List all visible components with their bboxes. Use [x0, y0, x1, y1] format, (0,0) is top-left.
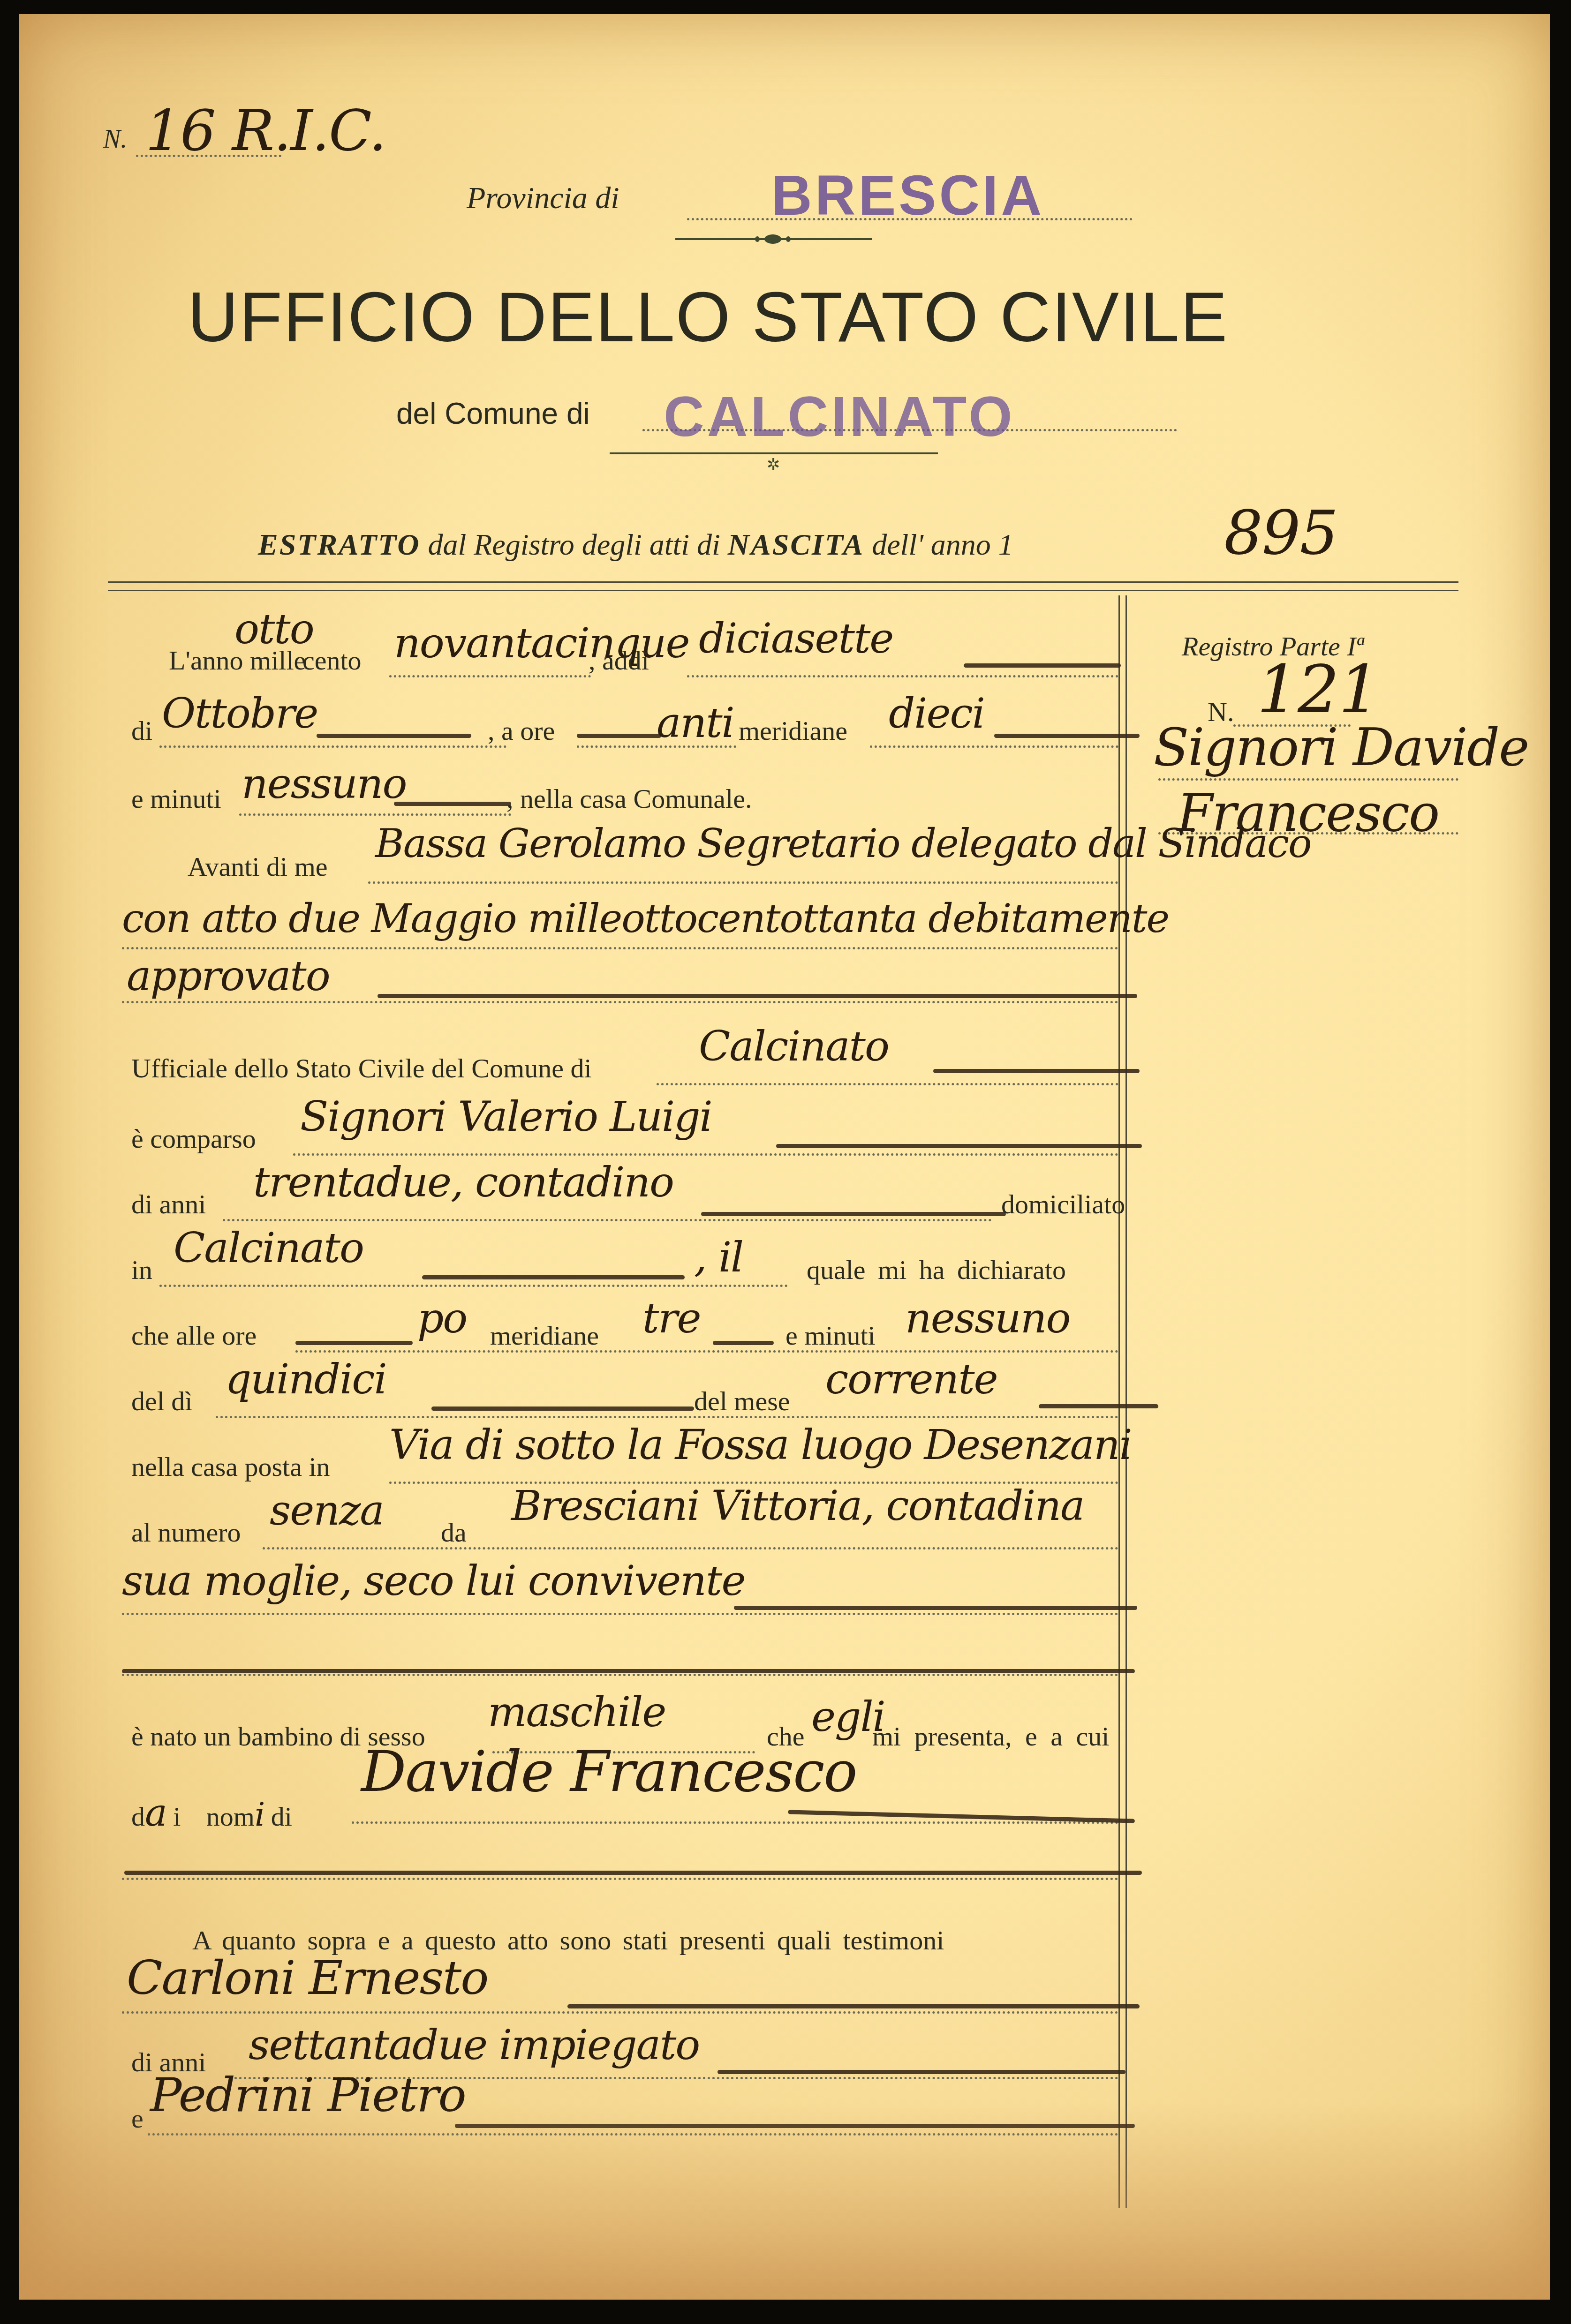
ink-fill-stroke	[1039, 1404, 1158, 1408]
province-stamp: BRESCIA	[771, 163, 1044, 228]
hw-dieci: dieci	[889, 689, 984, 737]
text-addi: , addì	[589, 645, 649, 676]
anno-label: dell' anno	[872, 528, 991, 561]
province-label: Provincia di	[467, 181, 619, 216]
comune-label: del Comune di	[396, 396, 590, 431]
dotted-line	[239, 813, 511, 816]
text-i: i	[173, 1801, 181, 1832]
hw-officer-name: Bassa Gerolamo Segretario delegato dal S…	[375, 820, 1311, 866]
text-di-2: di	[271, 1801, 292, 1832]
dotted-line	[687, 675, 1118, 677]
dotted-line	[122, 1674, 1118, 1676]
text-del-di: del dì	[131, 1385, 192, 1417]
hw-a: a	[145, 1791, 166, 1835]
text-domiciliato: domiciliato	[1001, 1188, 1125, 1220]
text-mi-presenta: mi presenta, e a cui	[872, 1721, 1109, 1752]
ink-fill-stroke	[422, 1275, 685, 1279]
text-nella-casa-comunale: , nella casa Comunale.	[506, 783, 752, 814]
text-di-anni: di anni	[131, 1188, 206, 1220]
record-number-label: N.	[103, 124, 127, 154]
hw-calcinato-domicile: Calcinato	[174, 1224, 363, 1272]
dotted-line	[368, 881, 1118, 884]
dotted-line	[159, 1285, 788, 1287]
hw-quindici: quindici	[225, 1355, 386, 1403]
ink-fill-stroke	[455, 2124, 1135, 2128]
dotted-line	[263, 1547, 1118, 1549]
text-dai-nomi-di: da i nomi di	[131, 1791, 292, 1835]
hw-calcinato-comune: Calcinato	[699, 1022, 889, 1070]
ornament-divider-2: ✲	[610, 452, 938, 471]
dotted-line	[216, 1416, 1118, 1418]
extract-title-line: ESTRATTO dal Registro degli atti di NASC…	[258, 527, 1013, 562]
year-printed-prefix: 1	[998, 528, 1013, 561]
hw-declarant-name: Signori Valerio Luigi	[300, 1092, 712, 1141]
dotted-line	[657, 1083, 1118, 1085]
text-e-minuti-2: e minuti	[785, 1320, 876, 1351]
dotted-line	[122, 947, 1118, 949]
sidebar-name-line-1: Signori Davide	[1154, 717, 1528, 777]
ink-fill-stroke	[431, 1406, 694, 1411]
dotted-line	[293, 1153, 1118, 1156]
hw-witness1-age-occupation: settantadue impiegato	[249, 2021, 699, 2069]
text-quale-mi-ha-dichiarato: quale mi ha dichiarato	[807, 1254, 1066, 1286]
dotted-line	[352, 1821, 1118, 1824]
hw-senza: senza	[270, 1486, 384, 1534]
dotted-line	[148, 2133, 1118, 2136]
text-d: d	[131, 1801, 145, 1832]
ink-fill-stroke	[718, 2070, 1125, 2074]
birth-certificate-extract: N. 16 R.I.C. Provincia di BRESCIA UFFICI…	[19, 14, 1550, 2300]
dotted-line	[870, 745, 1118, 748]
ink-fill-stroke	[394, 802, 511, 806]
hw-maschile: maschile	[488, 1688, 665, 1736]
ink-fill-stroke	[964, 663, 1121, 668]
text-e-minuti: e minuti	[131, 783, 221, 814]
header-rule-top	[108, 581, 1458, 583]
hw-witness1-name: Carloni Ernesto	[127, 1950, 488, 2005]
office-title: UFFICIO DELLO STATO CIVILE	[188, 277, 1228, 358]
hw-i: i	[255, 1795, 264, 1834]
ink-fill-stroke	[734, 1606, 1137, 1610]
hw-sua-moglie: sua moglie, seco lui convivente	[122, 1557, 745, 1605]
hw-nessuno-2: nessuno	[905, 1294, 1070, 1342]
hw-po: po	[417, 1294, 467, 1342]
dotted-line	[122, 2011, 1118, 2014]
dotted-line	[122, 1613, 1118, 1615]
hw-corrente: corrente	[825, 1355, 997, 1403]
dotted-line	[389, 675, 591, 677]
ink-fill-stroke	[567, 2004, 1140, 2008]
ornament-divider	[675, 234, 872, 244]
registro-number-value: 121	[1257, 652, 1379, 728]
ink-fill-stroke	[317, 734, 471, 738]
text-meridiane-2: meridiane	[490, 1320, 599, 1351]
extract-middle-text: dal Registro degli atti di	[428, 528, 720, 561]
comune-stamp: CALCINATO	[664, 384, 1015, 449]
text-nom: nom	[206, 1801, 255, 1832]
dotted-line	[295, 1350, 1118, 1353]
dotted-line	[122, 1878, 1118, 1880]
ink-fill-stroke	[776, 1144, 1142, 1148]
estratto-label: ESTRATTO	[258, 528, 420, 561]
ink-fill-stroke	[701, 1212, 1006, 1216]
header-rule-bottom	[108, 590, 1458, 591]
ink-fill-stroke	[378, 994, 1137, 998]
hw-child-names: Davide Francesco	[361, 1739, 857, 1805]
text-meridiane: meridiane	[739, 715, 847, 746]
hw-anti: anti	[657, 699, 734, 747]
hw-address: Via di sotto la Fossa luogo Desenzani	[389, 1421, 1132, 1469]
text-in: in	[131, 1254, 152, 1286]
ink-fill-stroke	[994, 734, 1140, 738]
hw-ottobre: Ottobre	[162, 689, 317, 737]
text-di: di	[131, 715, 152, 746]
ink-fill-stroke	[933, 1069, 1140, 1073]
hw-diciasette: diciasette	[699, 614, 893, 662]
hw-otto: otto	[234, 605, 314, 653]
nascita-label: NASCITA	[728, 528, 864, 561]
hw-mother-name: Bresciani Vittoria, contadina	[511, 1482, 1084, 1530]
year-handwritten: 895	[1224, 497, 1337, 568]
hw-delegation-act: con atto due Maggio milleottocentottanta…	[122, 895, 1169, 941]
text-al-numero: al numero	[131, 1517, 241, 1548]
hw-nessuno: nessuno	[242, 760, 406, 808]
record-number-value: 16 R.I.C.	[145, 98, 386, 164]
hw-il: , il	[694, 1233, 743, 1281]
text-che-alle-ore: che alle ore	[131, 1320, 257, 1351]
ink-fill-stroke	[124, 1871, 1142, 1875]
hw-approvato: approvato	[127, 952, 330, 1000]
text-e-comparso: è comparso	[131, 1123, 256, 1154]
hw-tre: tre	[642, 1294, 701, 1342]
dotted-line	[159, 745, 506, 748]
text-e-witness2: e	[131, 2103, 144, 2134]
text-ufficiale: Ufficiale dello Stato Civile del Comune …	[131, 1053, 592, 1084]
ink-fill-stroke	[295, 1341, 413, 1345]
text-a-ore: , a ore	[488, 715, 555, 746]
text-del-mese: del mese	[694, 1385, 790, 1417]
hw-witness2-name: Pedrini Pietro	[150, 2068, 466, 2122]
ink-fill-stroke	[577, 734, 661, 738]
hw-declarant-age-occupation: trentadue, contadino	[253, 1158, 673, 1206]
sidebar-name-dotted-1	[1158, 778, 1458, 781]
dotted-line	[223, 1219, 992, 1221]
dotted-line	[122, 1001, 1118, 1003]
text-da: da	[441, 1517, 467, 1548]
text-avanti-di-me: Avanti di me	[188, 851, 328, 882]
text-cento: cento	[302, 645, 362, 676]
ink-fill-stroke	[122, 1669, 1135, 1673]
ink-fill-stroke	[713, 1341, 774, 1345]
text-nella-casa-posta-in: nella casa posta in	[131, 1451, 330, 1482]
